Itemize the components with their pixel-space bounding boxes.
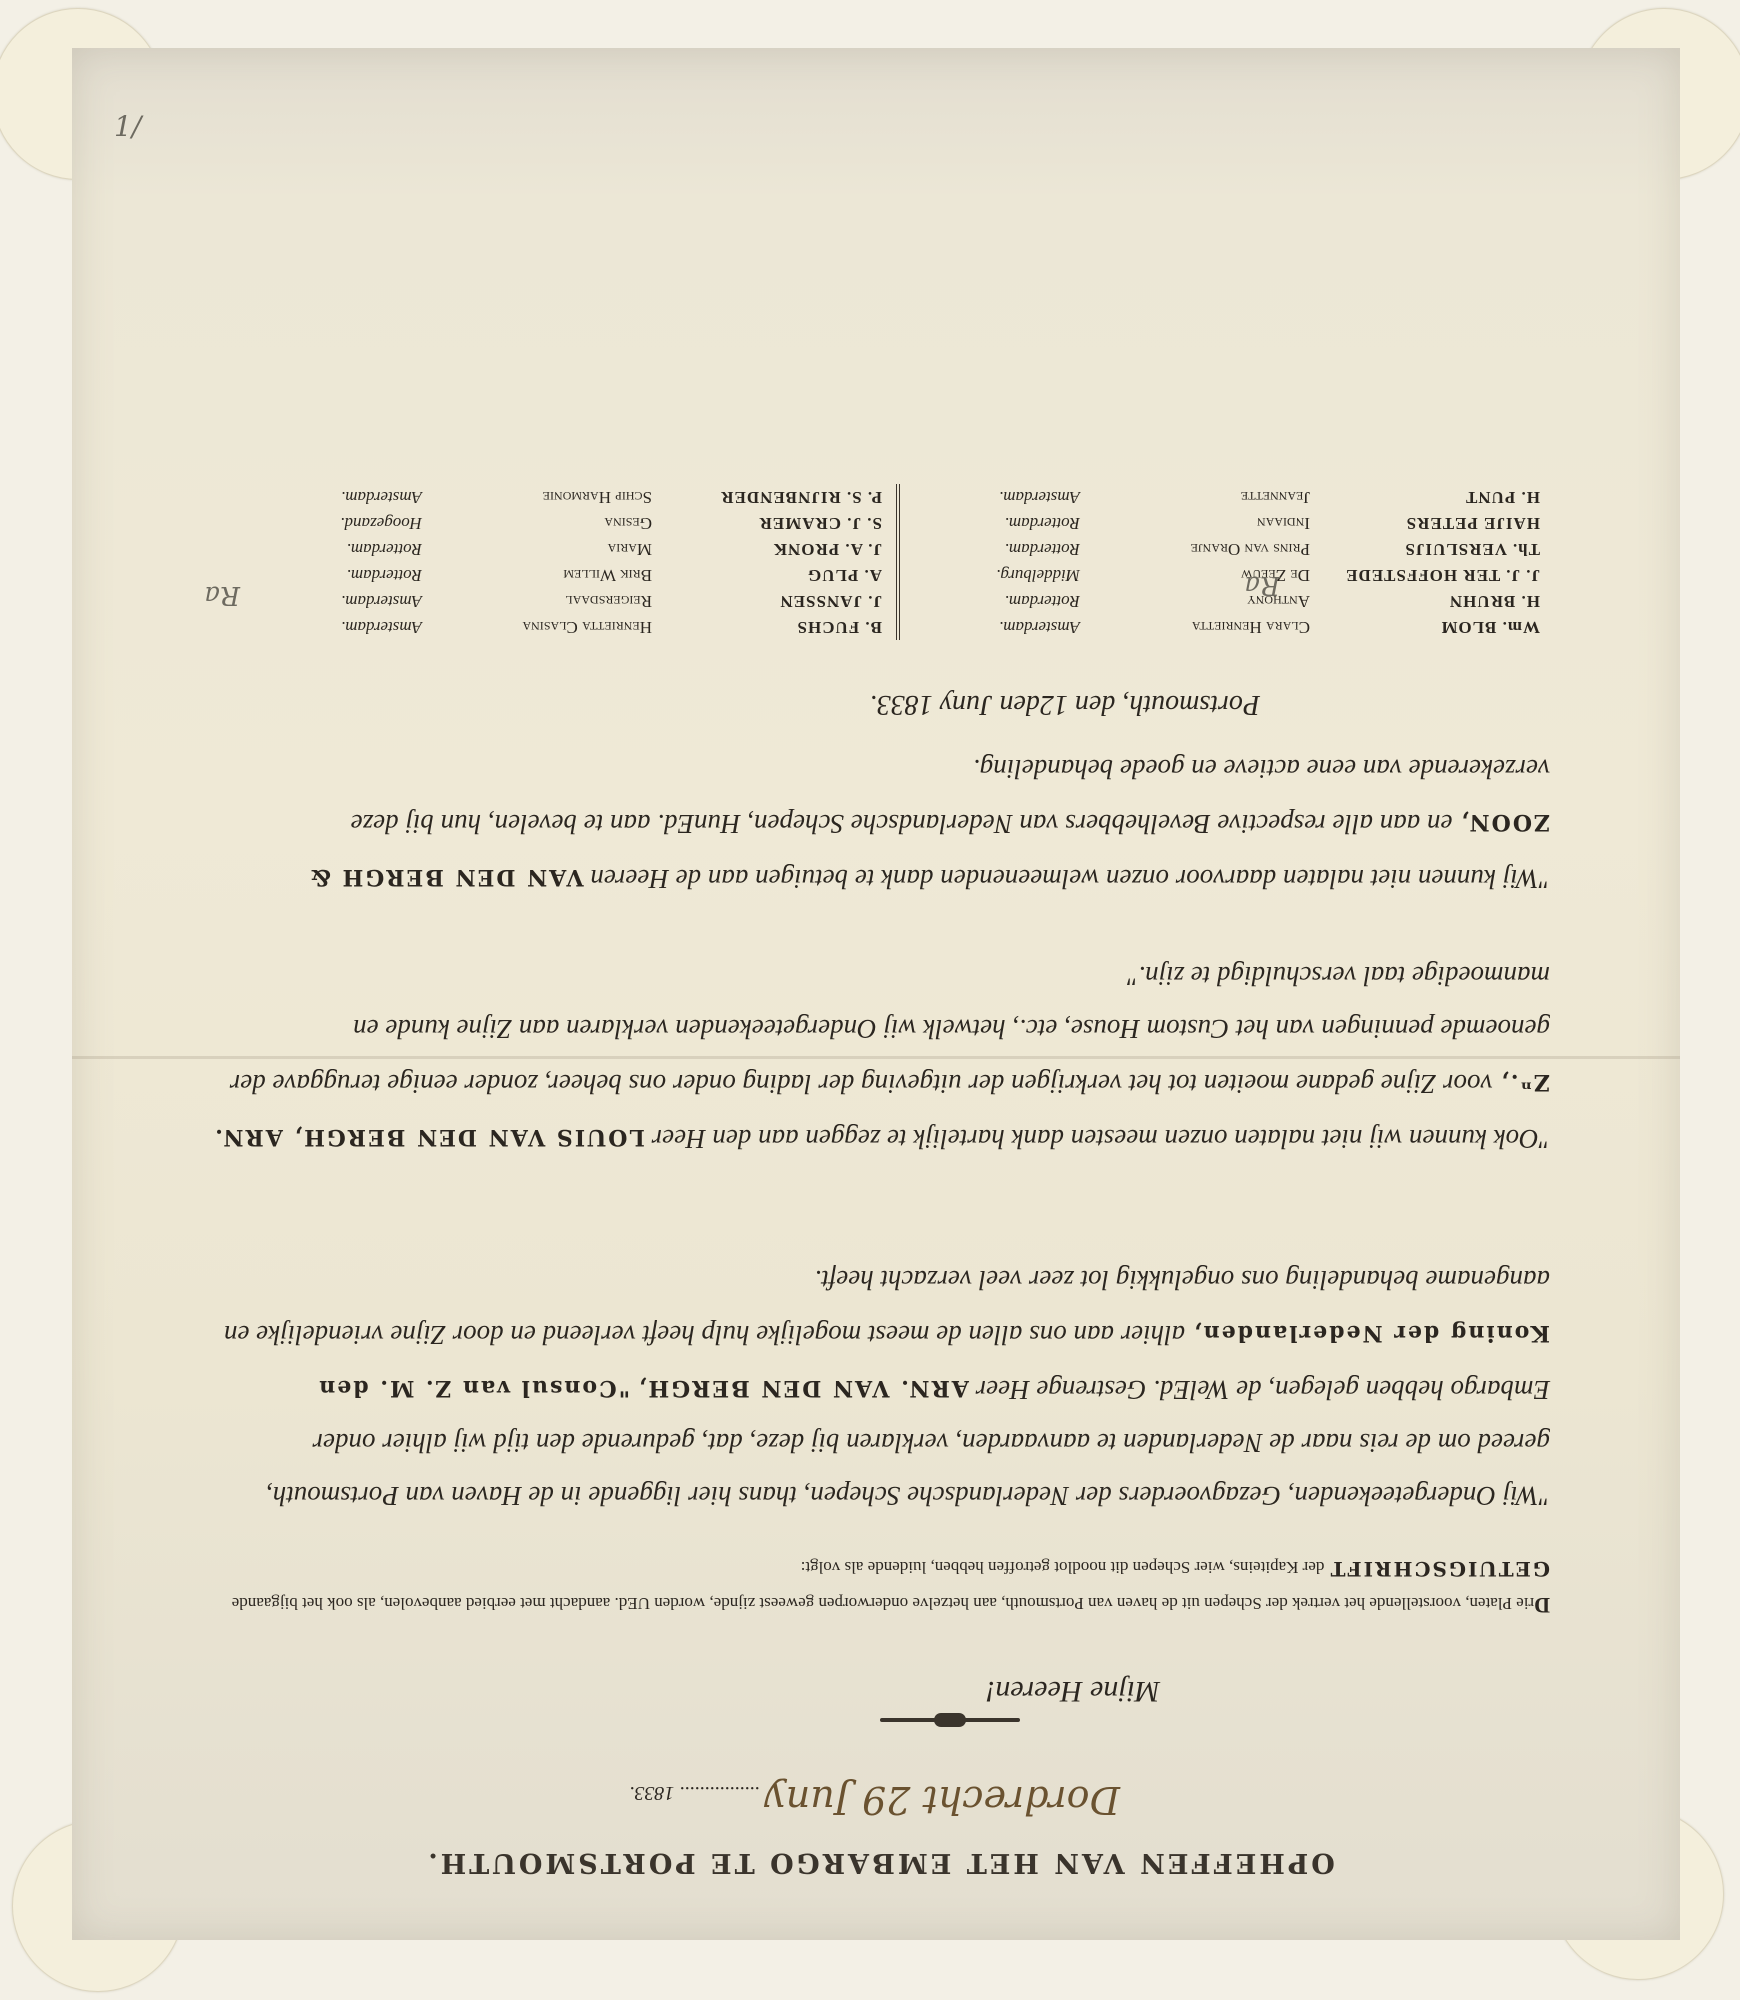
- drop-cap: D: [1534, 1593, 1550, 1618]
- home-port: Rotterdam.: [347, 562, 422, 588]
- signatory-row: H. BRUHNAnthonyRotterdam.: [900, 588, 1540, 614]
- document-content-upside-down: OPHEFFEN VAN HET EMBARGO TE PORTSMOUTH. …: [72, 48, 1680, 1940]
- pencil-initials-mark: Ra: [1244, 570, 1280, 600]
- signatories-table: Wm. BLOMClara HenriettaAmsterdam. H. BRU…: [240, 484, 1540, 640]
- signatory-row: J. A. PRONKMariaRotterdam.: [242, 536, 882, 562]
- signatory-row: Th. VERSLUIJSPrins van OranjeRotterdam.: [900, 536, 1540, 562]
- testimonial-text: "Wij kunnen niet nalaten daarvoor onzen …: [590, 864, 1550, 894]
- getuigschrift-word: GETUIGSCHRIFT: [1329, 1557, 1550, 1581]
- document-title: OPHEFFEN VAN HET EMBARGO TE PORTSMOUTH.: [210, 1847, 1550, 1878]
- captain-name: J. A. PRONK: [652, 536, 882, 562]
- printed-year: ................ 1833.: [629, 1782, 759, 1804]
- signatory-row: A. PLUGBrik WillemRotterdam.: [242, 562, 882, 588]
- home-port: Middelburg.: [996, 562, 1080, 588]
- home-port: Amsterdam.: [999, 614, 1080, 640]
- home-port: Rotterdam.: [1005, 510, 1080, 536]
- signatories-right-column: B. FUCHSHenrietta ClasinaAmsterdam. J. J…: [242, 484, 900, 640]
- home-port: Rotterdam.: [347, 536, 422, 562]
- ship-name: Maria: [422, 536, 652, 562]
- testimonial-text: en aan alle respective Bevelhebbers van …: [351, 754, 1550, 839]
- intro-text-2: der Kapiteins, wier Schepen dit noodlot …: [801, 1558, 1325, 1577]
- ship-name: Prins van Oranje: [1080, 536, 1310, 562]
- home-port: Hoogezand.: [340, 510, 422, 536]
- testimonial-paragraph-2: "Ook kunnen wij niet nalaten onzen meest…: [210, 949, 1550, 1165]
- salutation: Mijne Heeren!: [72, 1674, 1160, 1708]
- signatory-row: HAIJE PETERSIndiaanRotterdam.: [900, 510, 1540, 536]
- home-port: Amsterdam.: [341, 588, 422, 614]
- ornament-divider: [880, 1718, 1020, 1722]
- home-port: Amsterdam.: [341, 484, 422, 510]
- captain-name: J. J. TER HOFFSTEDE: [1310, 562, 1540, 588]
- ship-name: Indiaan: [1080, 510, 1310, 536]
- captain-name: H. BRUHN: [1310, 588, 1540, 614]
- signatory-row: J. J. TER HOFFSTEDEDe ZeeuwMiddelburg.: [900, 562, 1540, 588]
- testimonial-text: "Ook kunnen wij niet nalaten onzen meest…: [652, 1124, 1550, 1154]
- captain-name: Th. VERSLUIJS: [1310, 536, 1540, 562]
- signatory-row: P. S. RIJNBENDERSchip HarmonieAmsterdam.: [242, 484, 882, 510]
- ship-name: Schip Harmonie: [422, 484, 652, 510]
- intro-text-1: rie Platen, voorstellende het vertrek de…: [232, 1594, 1534, 1613]
- signatory-row: Wm. BLOMClara HenriettaAmsterdam.: [900, 614, 1540, 640]
- pencil-initials-mark: Ra: [204, 580, 240, 610]
- home-port: Rotterdam.: [1005, 588, 1080, 614]
- ship-name: Brik Willem: [422, 562, 652, 588]
- signatory-row: H. PUNTJeannetteAmsterdam.: [900, 484, 1540, 510]
- home-port: Rotterdam.: [1005, 536, 1080, 562]
- captain-name: A. PLUG: [652, 562, 882, 588]
- handwritten-place-date: Dordrecht 29 Juny: [764, 1778, 1120, 1822]
- signatory-row: B. FUCHSHenrietta ClasinaAmsterdam.: [242, 614, 882, 640]
- testimonial-paragraph-1: "Wij Ondergeteekenden, Gezagvoerders der…: [210, 1253, 1550, 1522]
- signatory-row: J. JANSSENReigersdaalAmsterdam.: [242, 588, 882, 614]
- place-date: Portsmouth, den 12den Juny 1833.: [72, 688, 1260, 720]
- signatory-row: S. J. CRAMERGesinaHoogezand.: [242, 510, 882, 536]
- captain-name: HAIJE PETERS: [1310, 510, 1540, 536]
- dateline: Dordrecht 29 Juny ................ 1833.: [420, 1778, 1120, 1822]
- home-port: Amsterdam.: [999, 484, 1080, 510]
- consul-name: ARN. VAN DEN BERGH,: [637, 1375, 969, 1401]
- testimonial-text: voor Zijne gedane moeiten tot het verkri…: [230, 961, 1550, 1099]
- ship-name: Jeannette: [1080, 484, 1310, 510]
- document-sheet: 1/ OPHEFFEN VAN HET EMBARGO TE PORTSMOUT…: [72, 48, 1680, 1940]
- captain-name: S. J. CRAMER: [652, 510, 882, 536]
- ship-name: Gesina: [422, 510, 652, 536]
- captain-name: B. FUCHS: [652, 614, 882, 640]
- signatories-left-column: Wm. BLOMClara HenriettaAmsterdam. H. BRU…: [900, 484, 1540, 640]
- home-port: Amsterdam.: [341, 614, 422, 640]
- ship-name: Henrietta Clasina: [422, 614, 652, 640]
- captain-name: H. PUNT: [1310, 484, 1540, 510]
- captain-name: J. JANSSEN: [652, 588, 882, 614]
- captain-name: Wm. BLOM: [1310, 614, 1540, 640]
- captain-name: P. S. RIJNBENDER: [652, 484, 882, 510]
- testimonial-paragraph-3: "Wij kunnen niet nalaten daarvoor onzen …: [210, 742, 1550, 905]
- ship-name: Reigersdaal: [422, 588, 652, 614]
- intro-paragraph: Drie Platen, voorstellende het vertrek d…: [210, 1550, 1550, 1622]
- ship-name: Clara Henrietta: [1080, 614, 1310, 640]
